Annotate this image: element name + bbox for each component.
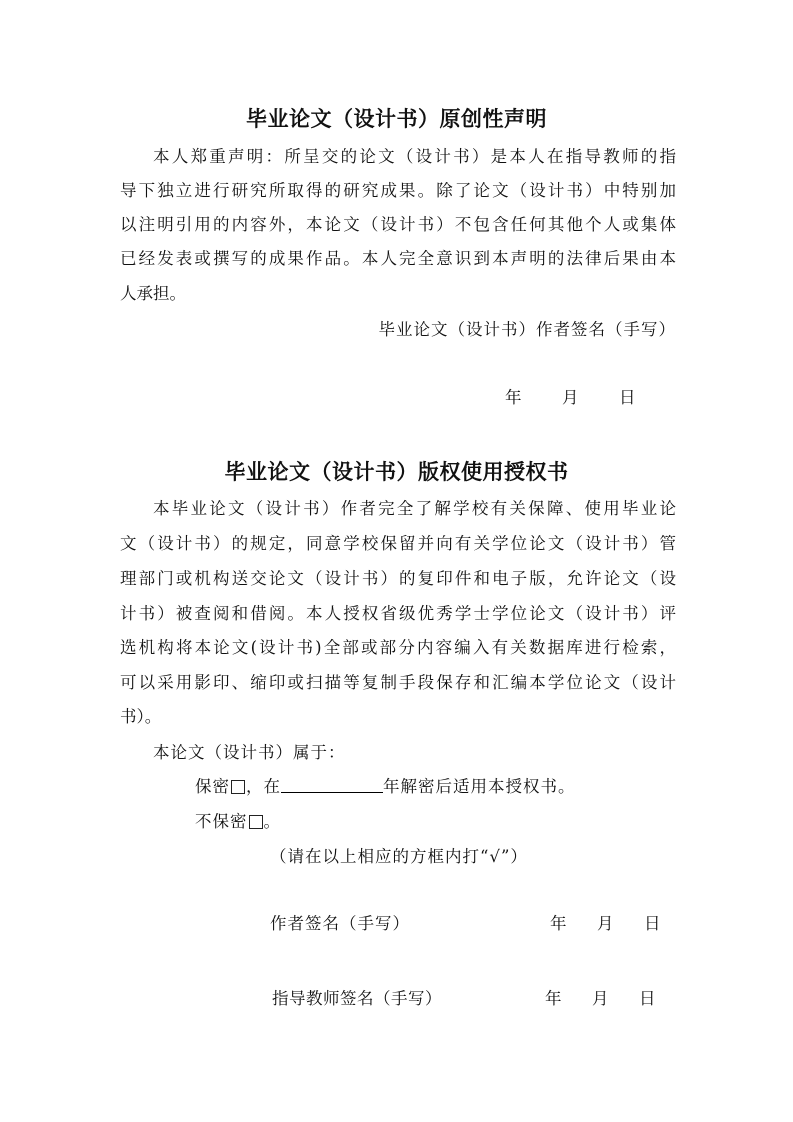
authorization-line-4: 计书）被查阅和借阅。本人授权省级优秀学士学位论文（设计书）评 bbox=[120, 600, 676, 624]
date-month: 月 bbox=[592, 985, 609, 1009]
author-signature-label: 作者签名（手写） bbox=[270, 910, 410, 934]
declaration-title: 毕业论文（设计书）原创性声明 bbox=[0, 103, 793, 133]
date-day: 日 bbox=[639, 985, 656, 1009]
date-year: 年 bbox=[545, 985, 562, 1009]
declaration-date: 年 月 日 bbox=[505, 384, 636, 408]
author-signature-date: 年 月 日 bbox=[550, 910, 661, 934]
declaration-signature-label: 毕业论文（设计书）作者签名（手写） bbox=[360, 316, 676, 340]
advisor-signature-date: 年 月 日 bbox=[545, 985, 656, 1009]
date-month: 月 bbox=[597, 910, 614, 934]
confidential-checkbox[interactable] bbox=[231, 780, 245, 794]
option-confidential: 保密，在年解密后适用本授权书。 bbox=[195, 773, 576, 797]
instruction-text: （请在以上相应的方框内打“√”） bbox=[270, 843, 528, 867]
declassify-year-blank[interactable] bbox=[281, 778, 383, 793]
authorization-line-7: 书）。 bbox=[120, 703, 676, 727]
authorization-line-1: 本毕业论文（设计书）作者完全了解学校有关保障、使用毕业论 bbox=[153, 495, 676, 519]
authorization-line-3: 理部门或机构送交论文（设计书）的复印件和电子版，允许论文（设 bbox=[120, 565, 676, 589]
not-confidential-label: 不保密 bbox=[195, 812, 248, 831]
declaration-line-1: 本人郑重声明：所呈交的论文（设计书）是本人在指导教师的指 bbox=[153, 143, 676, 167]
date-day: 日 bbox=[644, 910, 661, 934]
authorization-title: 毕业论文（设计书）版权使用授权书 bbox=[0, 456, 793, 486]
authorization-line-2: 文（设计书）的规定，同意学校保留并向有关学位论文（设计书）管 bbox=[120, 530, 676, 554]
confidential-label: 保密 bbox=[195, 777, 230, 796]
advisor-signature-label: 指导教师签名（手写） bbox=[272, 985, 442, 1009]
declaration-line-4: 已经发表或撰写的成果作品。本人完全意识到本声明的法律后果由本 bbox=[120, 245, 676, 269]
belongs-label: 本论文（设计书）属于： bbox=[153, 739, 346, 763]
date-year: 年 bbox=[505, 384, 522, 408]
authorization-line-6: 可以采用影印、缩印或扫描等复制手段保存和汇编本学位论文（设计 bbox=[120, 669, 676, 693]
date-day: 日 bbox=[619, 384, 636, 408]
not-confidential-checkbox[interactable] bbox=[249, 815, 263, 829]
option-not-confidential: 不保密。 bbox=[195, 808, 281, 832]
declaration-line-2: 导下独立进行研究所取得的研究成果。除了论文（设计书）中特别加 bbox=[120, 177, 676, 201]
not-confidential-suffix: 。 bbox=[264, 812, 282, 831]
confidential-middle: ，在 bbox=[246, 777, 281, 796]
date-month: 月 bbox=[562, 384, 579, 408]
authorization-line-5: 选机构将本论文(设计书)全部或部分内容编入有关数据库进行检索， bbox=[120, 634, 676, 658]
date-year: 年 bbox=[550, 910, 567, 934]
confidential-suffix: 年解密后适用本授权书。 bbox=[383, 777, 576, 796]
declaration-line-5: 人承担。 bbox=[120, 280, 676, 304]
declaration-line-3: 以注明引用的内容外，本论文（设计书）不包含任何其他个人或集体 bbox=[120, 211, 676, 235]
